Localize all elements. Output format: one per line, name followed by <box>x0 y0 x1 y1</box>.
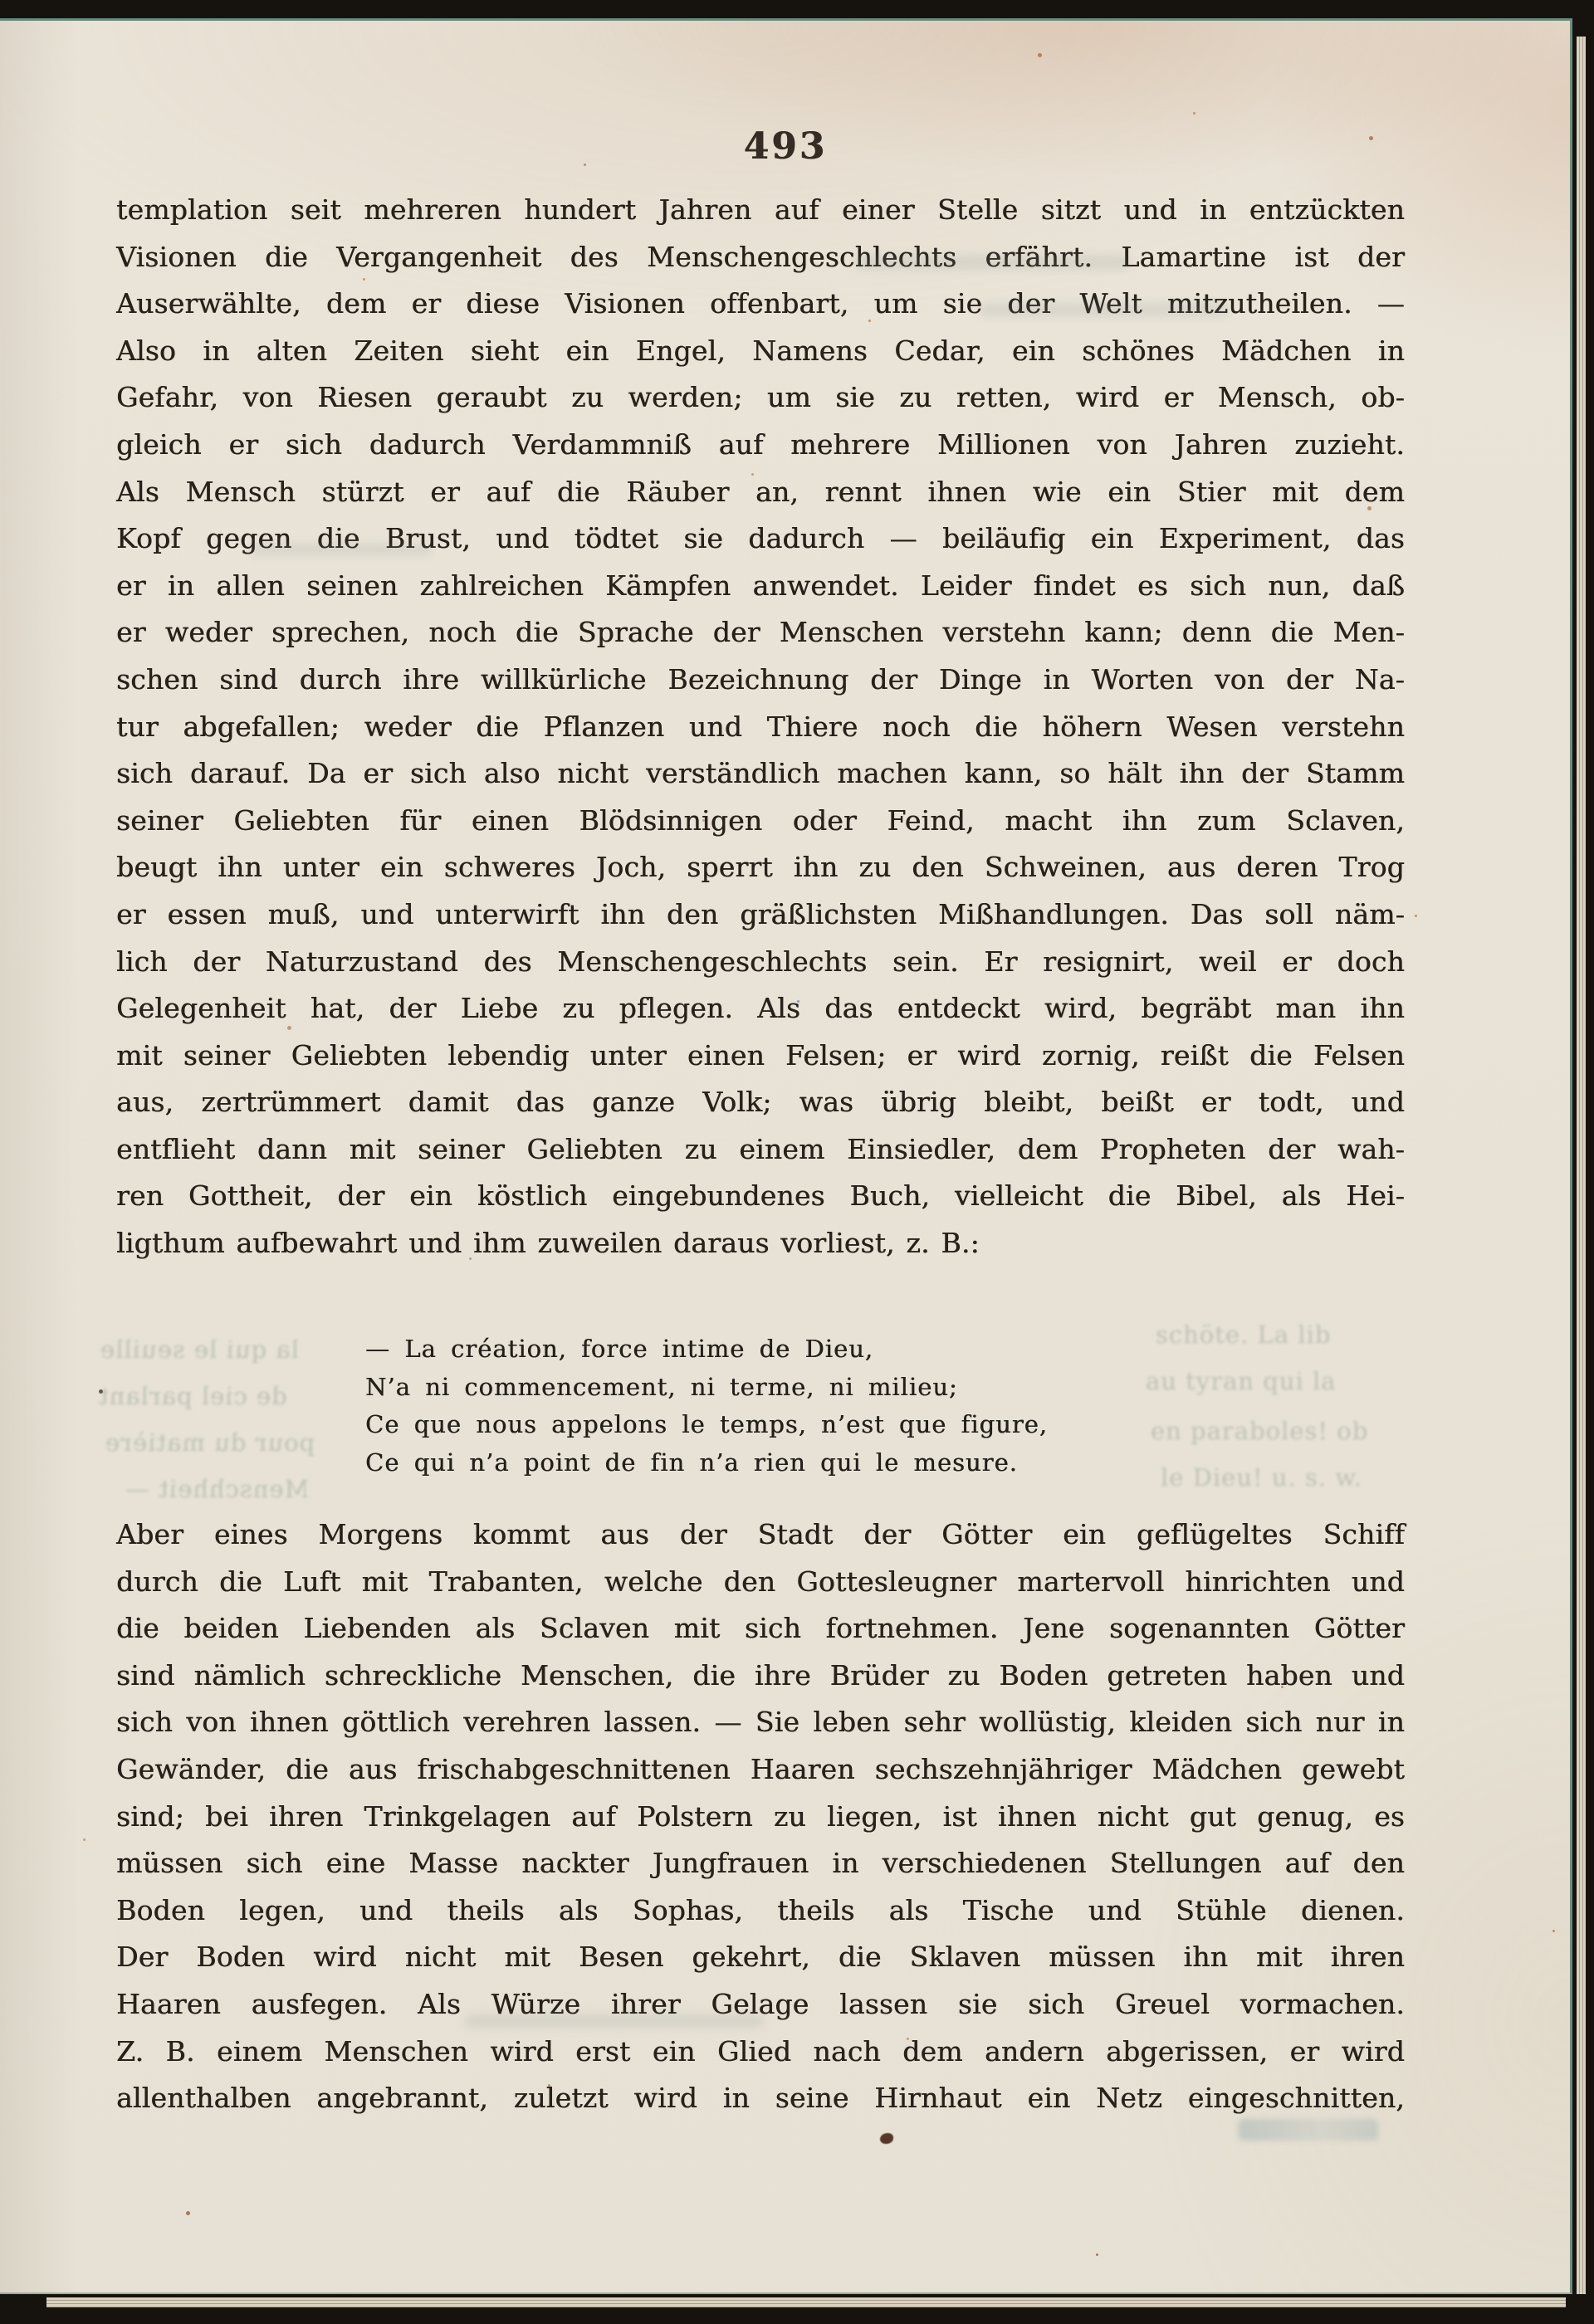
text-line: er essen muß, und unterwirft ihn den grä… <box>116 891 1405 939</box>
text-line: Kopf gegen die Brust, und tödtet sie dad… <box>116 515 1405 563</box>
verse-line: N’a ni commencement, ni terme, ni milieu… <box>365 1369 1048 1407</box>
show-through-smudge <box>855 255 1129 270</box>
text-line: sich von ihnen göttlich verehren lassen.… <box>116 1699 1405 1746</box>
page-number: 493 <box>744 125 828 168</box>
text-line: er weder sprechen, noch die Sprache der … <box>116 609 1405 657</box>
show-through-text: en paraboles! ob <box>1151 1417 1368 1445</box>
text-line: aus, zertrümmert damit das ganze Volk; w… <box>116 1079 1405 1126</box>
stamp-smudge <box>1239 2119 1378 2141</box>
scanner-background: { "page": { "number": "493" }, "body": {… <box>0 0 1594 2324</box>
text-line: Visionen die Vergangenheit des Menscheng… <box>116 234 1405 281</box>
text-line: müssen sich eine Masse nackter Jungfraue… <box>116 1840 1405 1887</box>
page-block-edge-bottom <box>46 2297 1566 2307</box>
text-line: entflieht dann mit seiner Geliebten zu e… <box>116 1126 1405 1174</box>
text-line: Als Mensch stürzt er auf die Räuber an, … <box>116 469 1405 516</box>
paragraph-2: Aber eines Morgens kommt aus der Stadt d… <box>116 1511 1405 2122</box>
text-line: templation seit mehreren hundert Jahren … <box>116 187 1405 234</box>
paragraph-1: templation seit mehreren hundert Jahren … <box>116 187 1405 1267</box>
show-through-smudge <box>465 2014 764 2028</box>
show-through-smudge <box>249 544 432 555</box>
verse-line: — La création, force intime de Dieu, <box>365 1330 1048 1369</box>
text-line: schen sind durch ihre willkürliche Bezei… <box>116 657 1405 704</box>
text-line: Gelegenheit hat, der Liebe zu pflegen. A… <box>116 985 1405 1033</box>
verse-quotation: — La création, force intime de Dieu, N’a… <box>365 1330 1048 1482</box>
show-through-text: la qui le seuille <box>100 1335 299 1364</box>
text-line: Z. B. einem Menschen wird erst ein Glied… <box>116 2029 1405 2076</box>
show-through-text: au tyran qui la <box>1146 1367 1337 1395</box>
show-through-text: schöte. La lib <box>1156 1321 1331 1349</box>
show-through-text: pour du matière <box>105 1428 315 1457</box>
text-line: Gewänder, die aus frischabgeschnittenen … <box>116 1746 1405 1794</box>
show-through-text: le Dieu! u. s. w. <box>1161 1463 1362 1492</box>
text-line: lich der Naturzustand des Menschengeschl… <box>116 939 1405 986</box>
text-line: sich darauf. Da er sich also nicht verst… <box>116 750 1405 798</box>
text-line: beugt ihn unter ein schweres Joch, sperr… <box>116 844 1405 891</box>
text-line: Gefahr, von Riesen geraubt zu werden; um… <box>116 374 1405 422</box>
text-line: Boden legen, und theils als Sophas, thei… <box>116 1887 1405 1935</box>
show-through-smudge <box>980 303 1229 316</box>
page-block-edge-right <box>1577 37 1586 2294</box>
text-line: Der Boden wird nicht mit Besen gekehrt, … <box>116 1934 1405 1981</box>
text-line: sind; bei ihren Trinkgelagen auf Polster… <box>116 1794 1405 1841</box>
book-page: 493 templation seit mehreren hundert Jah… <box>0 18 1572 2294</box>
show-through-text: Menschheit — <box>125 1475 309 1503</box>
text-line: durch die Luft mit Trabanten, welche den… <box>116 1559 1405 1606</box>
text-line: Aber eines Morgens kommt aus der Stadt d… <box>116 1511 1405 1559</box>
text-line: seiner Geliebten für einen Blödsinnigen … <box>116 798 1405 845</box>
ink-spot <box>880 2133 893 2144</box>
verse-line: Ce que nous appelons le temps, n’est que… <box>365 1406 1048 1444</box>
verse-line: Ce qui n’a point de fin n’a rien qui le … <box>365 1444 1048 1482</box>
text-line: sind nämlich schreckliche Menschen, die … <box>116 1653 1405 1700</box>
foxing-specks <box>584 164 586 166</box>
text-line: Also in alten Zeiten sieht ein Engel, Na… <box>116 328 1405 375</box>
text-line: tur abgefallen; weder die Pflanzen und T… <box>116 704 1405 751</box>
show-through-text: de ciel parlant <box>98 1382 287 1410</box>
text-line: allenthalben angebrannt, zuletzt wird in… <box>116 2075 1405 2122</box>
text-line: ren Gottheit, der ein köstlich eingebund… <box>116 1173 1405 1220</box>
text-line: mit seiner Geliebten lebendig unter eine… <box>116 1033 1405 1080</box>
text-line: er in allen seinen zahlreichen Kämpfen a… <box>116 563 1405 610</box>
text-line: ligthum aufbewahrt und ihm zuweilen dara… <box>116 1220 1405 1267</box>
text-line: gleich er sich dadurch Verdammniß auf me… <box>116 422 1405 469</box>
text-line: die beiden Liebenden als Sclaven mit sic… <box>116 1605 1405 1653</box>
